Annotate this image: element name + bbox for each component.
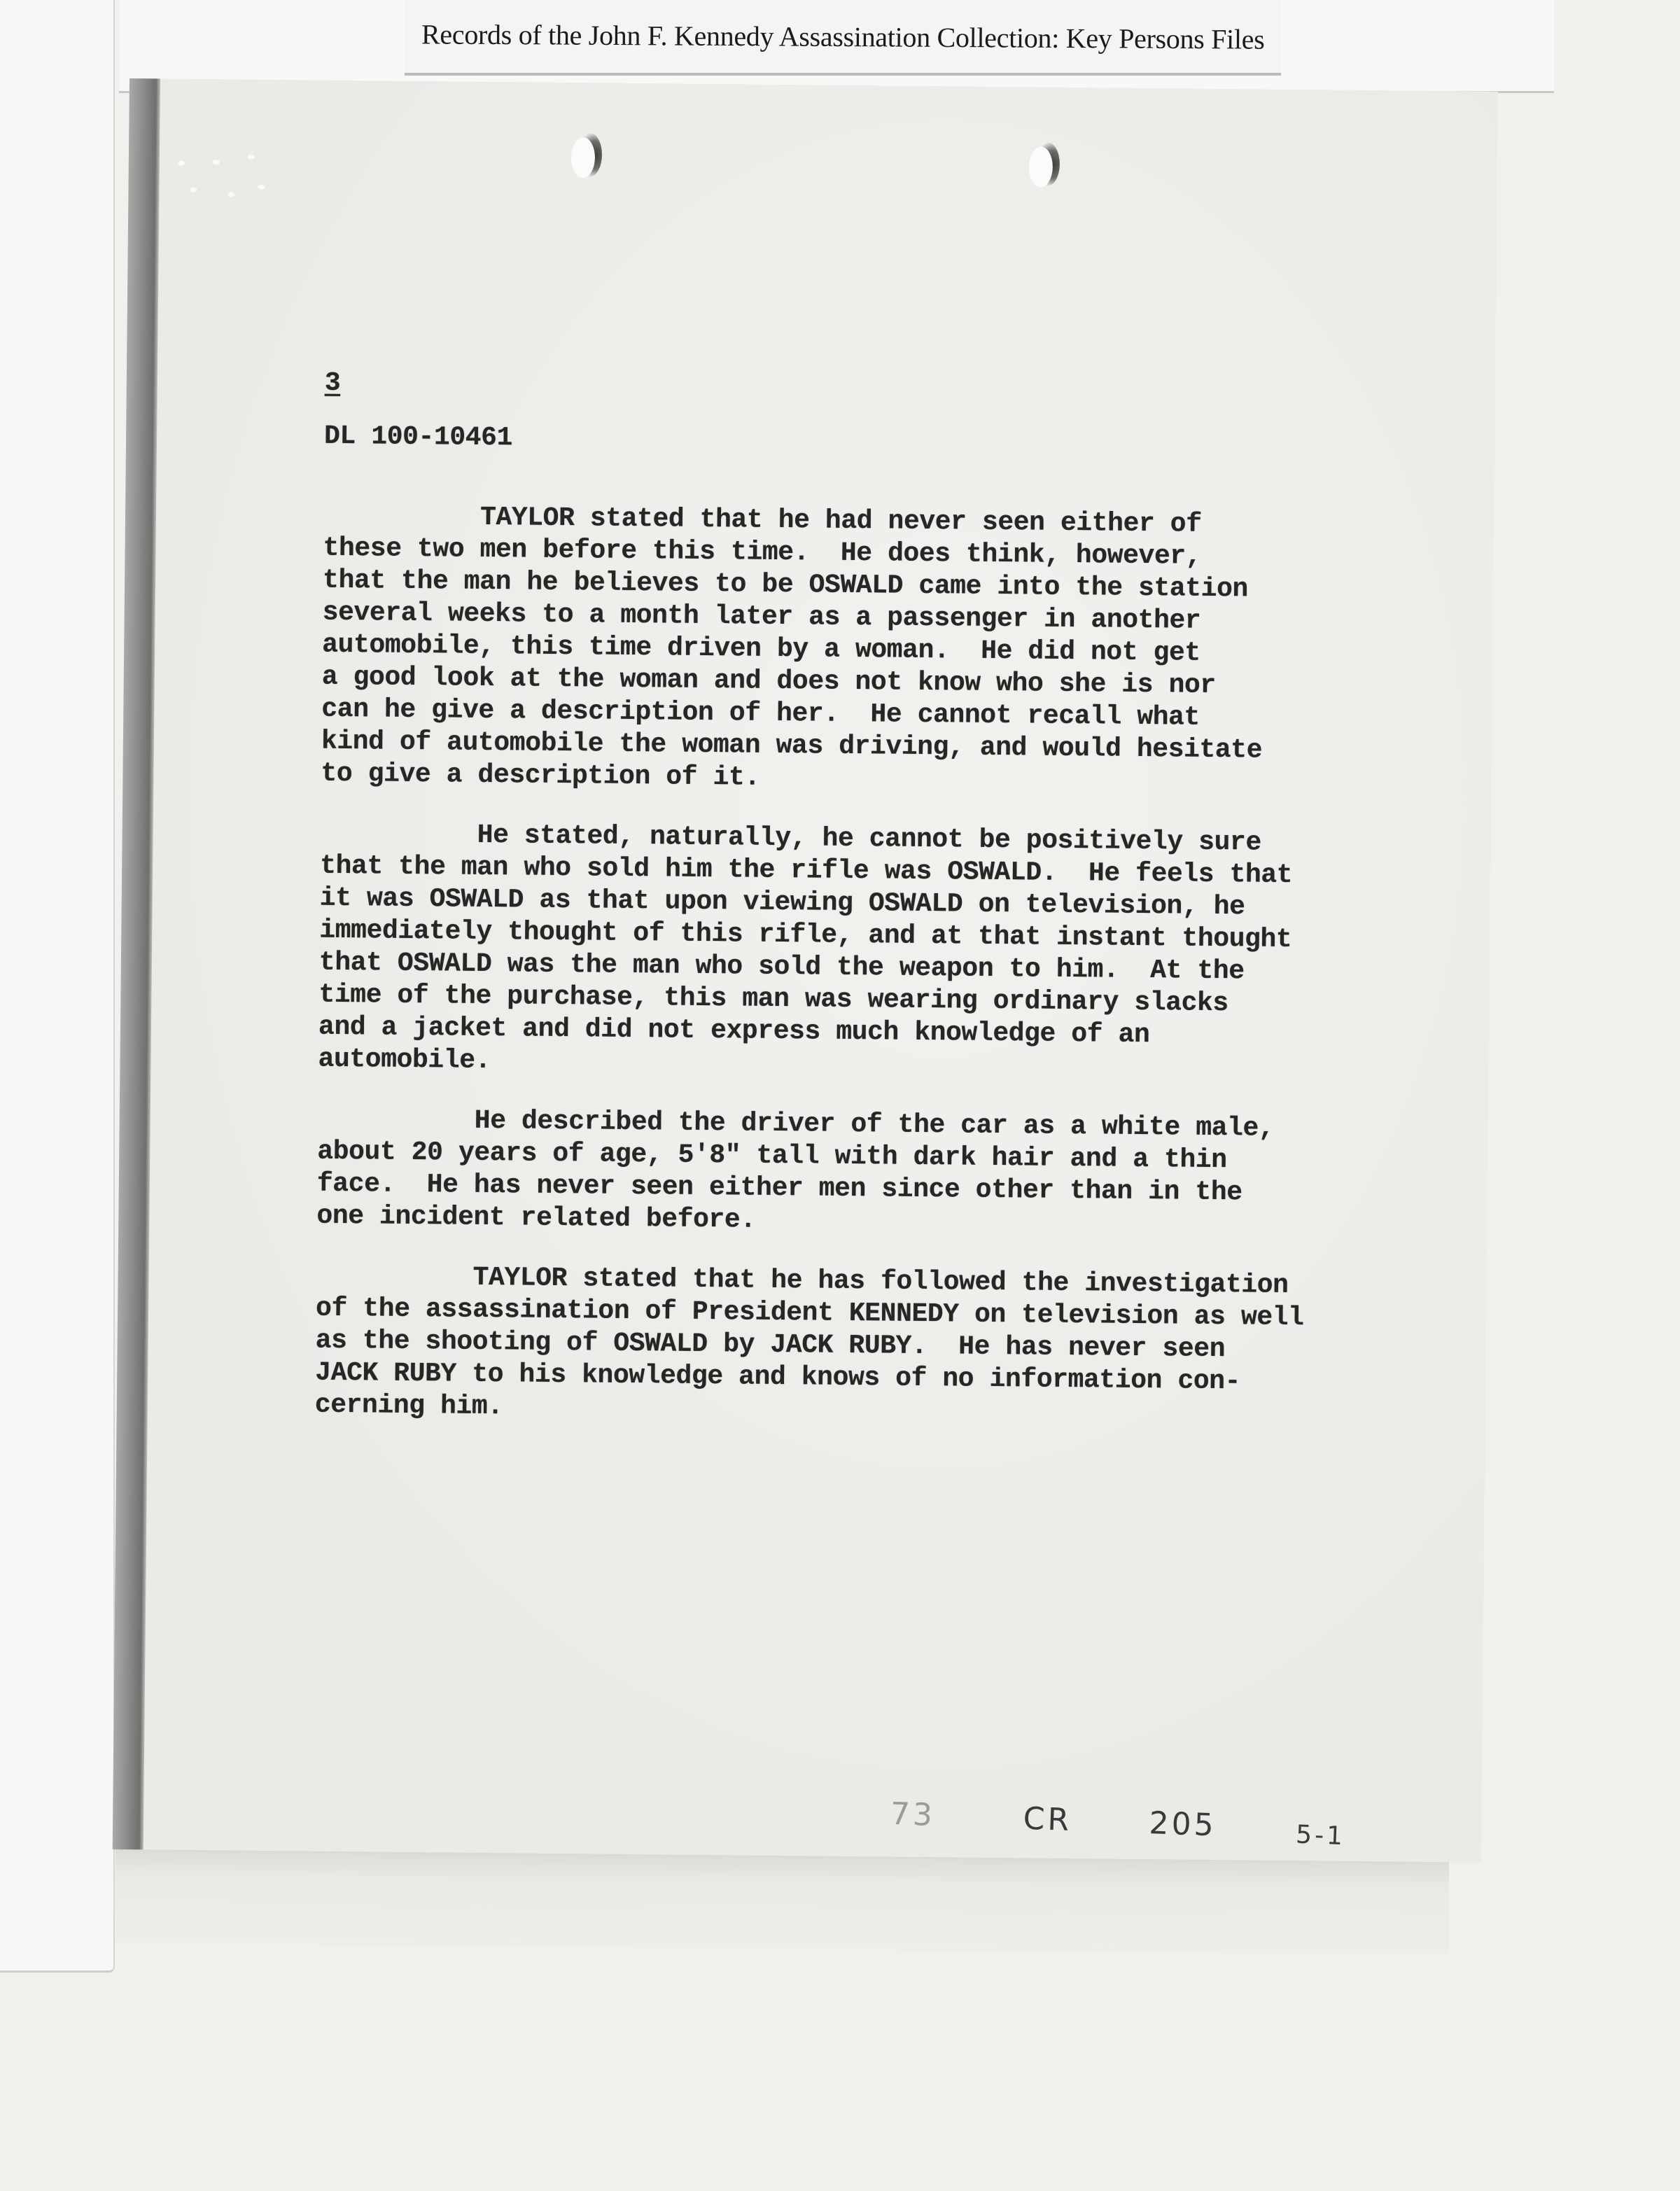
document-page: 3 DL 100-10461 TAYLOR stated that he had…: [113, 78, 1498, 1863]
paragraph: He described the driver of the car as a …: [316, 1104, 1368, 1242]
annotation-faint-number: 73: [890, 1796, 936, 1833]
annotation-code: CR: [1023, 1801, 1072, 1838]
punch-hole-icon: [571, 137, 603, 179]
staple-marks: [170, 146, 276, 202]
paragraph: TAYLOR stated that he has followed the i…: [315, 1261, 1366, 1431]
collection-label: Records of the John F. Kennedy Assassina…: [405, 0, 1281, 76]
paragraphs: TAYLOR stated that he had never seen eit…: [315, 500, 1374, 1431]
punch-hole-icon: [1029, 146, 1060, 188]
paragraph: TAYLOR stated that he had never seen eit…: [321, 500, 1373, 800]
file-number: DL 100-10461: [324, 421, 1374, 463]
collection-label-text: Records of the John F. Kennedy Assassina…: [421, 17, 1265, 55]
document-body: 3 DL 100-10461 TAYLOR stated that he had…: [315, 367, 1375, 1431]
page-number: 3: [325, 367, 1375, 409]
paragraph: He stated, naturally, he cannot be posit…: [318, 818, 1370, 1086]
page-binding-edge: [113, 78, 160, 1849]
annotation-suffix: 5-1: [1295, 1821, 1345, 1851]
annotation-number: 205: [1149, 1805, 1217, 1843]
mounting-sheet-left: [0, 0, 115, 1973]
